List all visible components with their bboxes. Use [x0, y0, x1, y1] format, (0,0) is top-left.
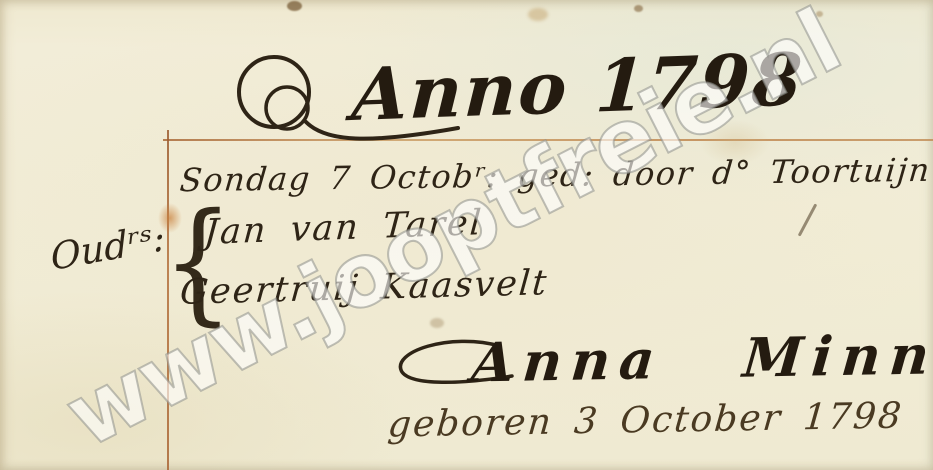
stain-speck	[430, 318, 444, 328]
father-name: Jan van Tarel	[203, 203, 485, 253]
birth-line: geboren 3 October 1798	[386, 395, 905, 445]
stain-speck	[287, 1, 302, 11]
child-name: Anna Minna	[469, 321, 933, 394]
stain-speck	[816, 11, 823, 17]
year-heading: Anno 1798	[350, 36, 806, 137]
register-page: Anno 1798 Sondag 7 Octobʳ: ged: door d° …	[0, 0, 933, 470]
stain-speck	[634, 5, 643, 12]
stain-speck	[528, 8, 548, 21]
mother-name: Geertruij Kaasvelt	[178, 263, 549, 313]
baptism-line: Sondag 7 Octobʳ: ged: door d° Toortuijn	[178, 151, 932, 200]
parents-label: Oudʳˢ:	[49, 216, 166, 279]
pen-stroke	[798, 203, 818, 236]
